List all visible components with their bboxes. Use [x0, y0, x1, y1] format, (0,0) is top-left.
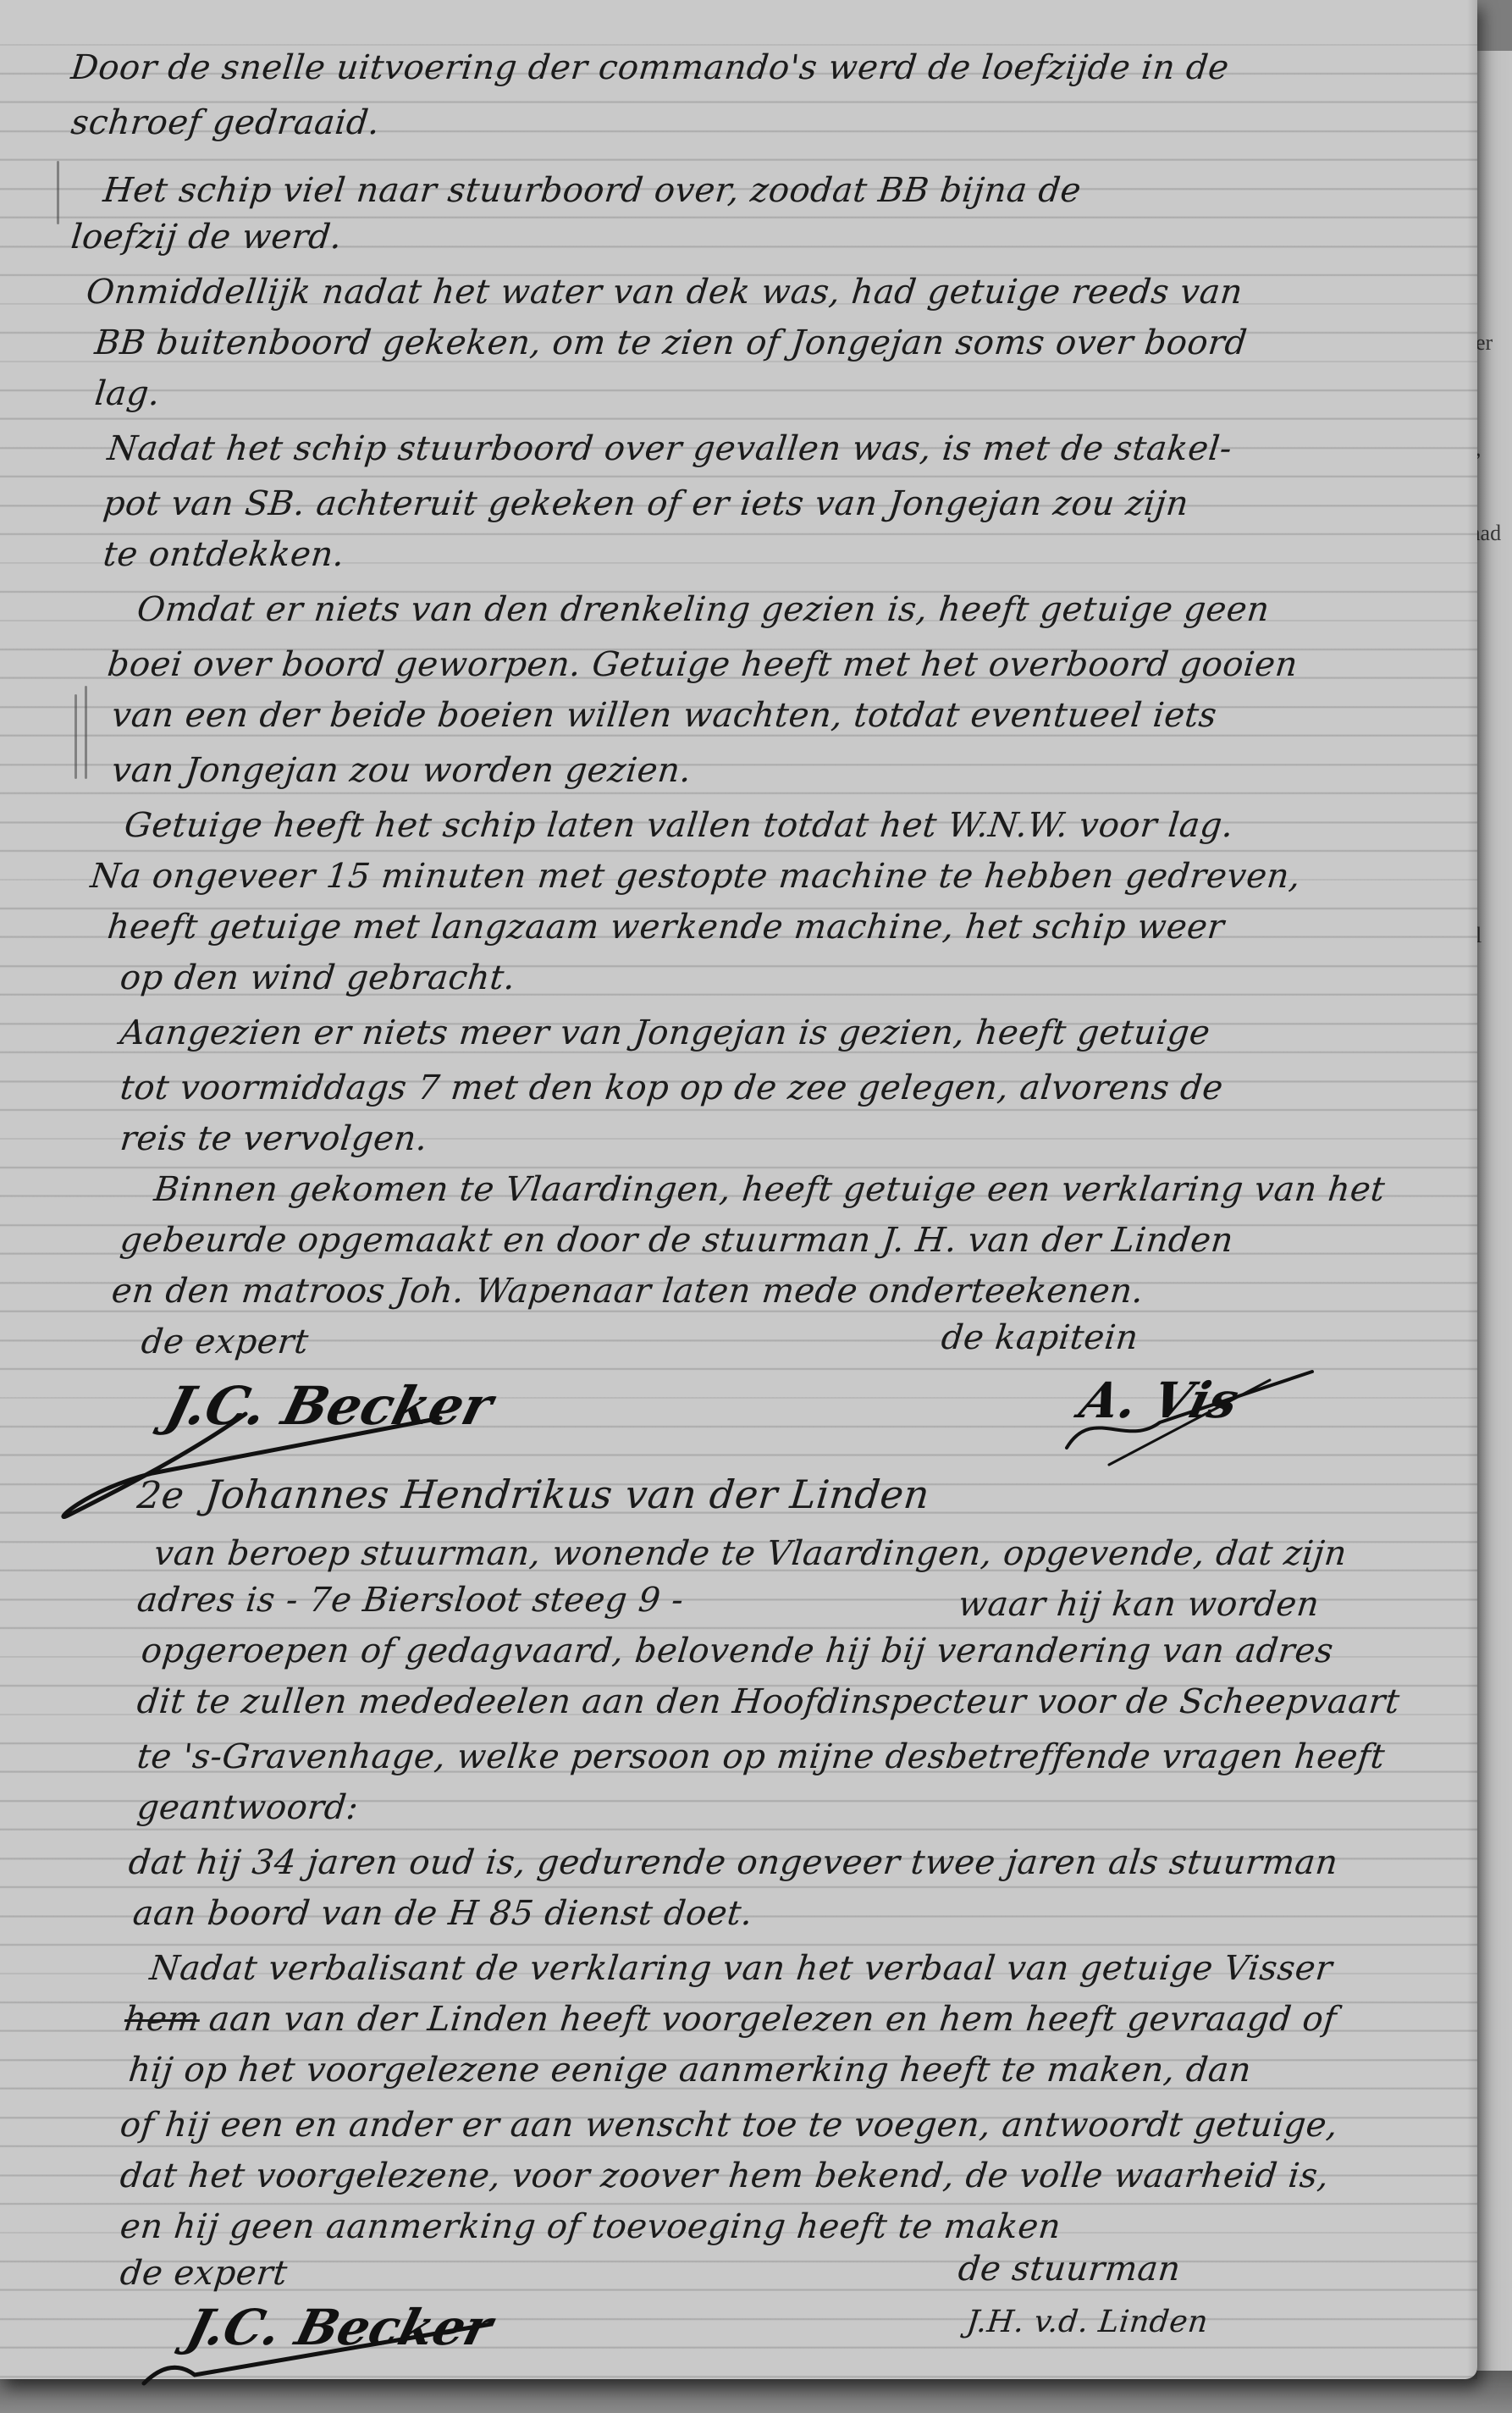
text-line: Nadat verbalisant de verklaring van het … — [148, 1952, 1334, 1985]
margin-pencil-mark — [57, 161, 59, 224]
text-line: pot van SB. achteruit gekeken of er iets… — [102, 487, 1190, 521]
text-line: geantwoord: — [135, 1791, 360, 1825]
text-line: Omdat er niets van den drenkeling gezien… — [135, 593, 1271, 627]
text-line: van beroep stuurman, wonende te Vlaardin… — [152, 1537, 1349, 1571]
underlying-text-fragment: er — [1476, 330, 1493, 356]
text-line: Nadat het schip stuurboord over gevallen… — [106, 432, 1233, 466]
text-line: Het schip viel naar stuurboord over, zoo… — [102, 174, 1083, 207]
text-line: Na ongeveer 15 minuten met gestopte mach… — [89, 859, 1302, 893]
text-line: gebeurde opgemaakt en door de stuurman J… — [119, 1223, 1235, 1257]
text-line: hij op het voorgelezene eenige aanmerkin… — [127, 2053, 1253, 2087]
text-line: te ontdekken. — [102, 538, 346, 571]
text-line: dat het voorgelezene, voor zoover hem be… — [119, 2159, 1331, 2193]
text-line: en den matroos Joh. Wapenaar laten mede … — [110, 1274, 1145, 1308]
signature-flourish — [1058, 1355, 1329, 1473]
signature-mate: J.H. v.d. Linden — [965, 2307, 1210, 2338]
text-line: van een der beide boeien willen wachten,… — [110, 698, 1218, 732]
text-line: BB buitenboord gekeken, om te zien of Jo… — [93, 326, 1249, 360]
text-line: boei over boord geworpen. Getuige heeft … — [106, 648, 1300, 682]
margin-pencil-mark — [74, 694, 77, 779]
text-line: dat hij 34 jaren oud is, gedurende ongev… — [127, 1846, 1339, 1880]
text-line: Onmiddellijk nadat het water van dek was… — [85, 275, 1244, 309]
text-line: op den wind gebracht. — [119, 961, 517, 995]
text-line: Aangezien er niets meer van Jongejan is … — [119, 1016, 1211, 1050]
text-line: heeft getuige met langzaam werkende mach… — [106, 910, 1226, 944]
document-page: Door de snelle uitvoering der commando's… — [0, 0, 1477, 2379]
text-line: waar hij kan worden — [957, 1587, 1321, 1621]
signature-label-expert: de expert — [140, 1325, 310, 1359]
signature-label-expert: de expert — [119, 2256, 289, 2290]
text-line: Door de snelle uitvoering der commando's… — [69, 51, 1231, 85]
margin-pencil-mark — [85, 686, 87, 779]
text-line: van Jongejan zou worden gezien. — [110, 754, 693, 787]
text-line: opgeroepen of gedagvaard, belovende hij … — [140, 1634, 1335, 1668]
text-line: schroef gedraaid. — [69, 106, 382, 140]
text-line: of hij een en ander er aan wenscht toe t… — [119, 2108, 1339, 2142]
text-line: en hij geen aanmerking of toevoeging hee… — [119, 2210, 1062, 2244]
text-line: tot voormiddags 7 met den kop op de zee … — [119, 1071, 1225, 1105]
text-line: Binnen gekomen te Vlaardingen, heeft get… — [152, 1173, 1387, 1206]
signature-label-mate: de stuurman — [957, 2252, 1182, 2286]
text-line: aan boord van de H 85 dienst doet. — [131, 1897, 754, 1930]
text-line: aan van der Linden heeft voorgelezen en … — [207, 2002, 1338, 2036]
signature-flourish — [127, 2320, 508, 2396]
text-line: te 's-Gravenhage, welke persoon op mijne… — [135, 1740, 1387, 1774]
signature-label-captain: de kapitein — [940, 1321, 1140, 1355]
witness-number: 2e — [135, 1477, 186, 1515]
witness-name-heading: Johannes Hendrikus van der Linden — [203, 1475, 931, 1514]
text-line: Getuige heeft het schip laten vallen tot… — [123, 809, 1235, 842]
text-line: adres is - 7e Biersloot steeg 9 - — [135, 1583, 686, 1617]
text-line: loefzij de werd. — [69, 220, 344, 254]
struck-word: hem — [123, 2002, 201, 2036]
text-line: lag. — [93, 377, 162, 411]
text-line: dit te zullen mededeelen aan den Hoofdin… — [135, 1685, 1401, 1719]
text-line: reis te vervolgen. — [119, 1122, 429, 1156]
